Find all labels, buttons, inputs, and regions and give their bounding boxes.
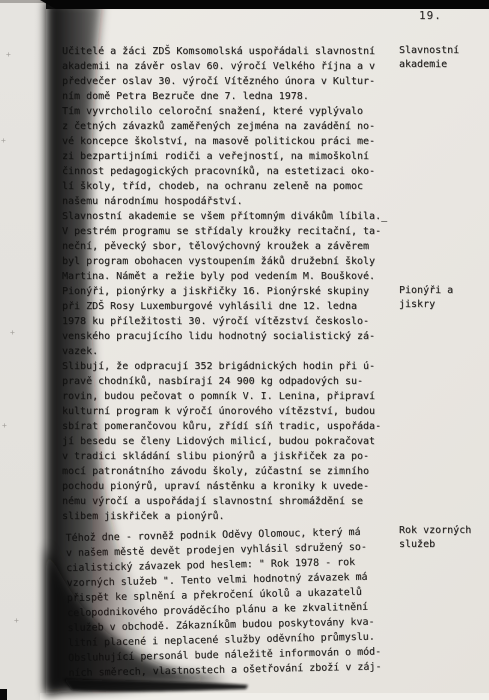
text-line: venského pracujícího lidu hodnotný socia… (62, 329, 402, 344)
text-line: Tím vyvrcholilo celoroční snažení, které… (62, 104, 402, 119)
text-line: byl program obohacen vystoupením žáků dr… (62, 254, 402, 269)
paragraph-school-efforts: Tím vyvrcholilo celoroční snažení, které… (62, 104, 402, 209)
text-line: našemu národnímu hospodářství. (62, 194, 402, 209)
scan-left-margin (0, 0, 46, 700)
scan-top-black-bar (46, 0, 489, 9)
text-line: Martina. Námět a režie byly pod vedením … (62, 269, 402, 284)
scan-speck: + (2, 421, 7, 430)
text-line: Slavnostní akademie se všem přítomným di… (62, 209, 402, 224)
text-line: vazek. (62, 344, 402, 359)
text-line: nému výročí a uspořádají slavnostní shro… (62, 494, 402, 509)
text-line: při ZDŠ Rosy Luxemburgové vyhlásili dne … (62, 299, 402, 314)
margin-note-rok-vzornych-sluzeb: Rok vzorných služeb (399, 524, 485, 552)
text-line: činnost pedagogických pracovníků, na est… (62, 164, 402, 179)
text-line: pochodu pionýrů, upraví nástěnku a kroni… (62, 479, 402, 494)
text-line: lí školy, tříd, chodeb, na ochranu zelen… (62, 179, 402, 194)
text-line: akademii na závěr oslav 60. výročí Velké… (62, 59, 402, 74)
margin-note-slavnostni-akademie: Slavnostní akademie (399, 44, 485, 72)
paragraph-pledge-details: Slibují, že odpracují 352 brigádnických … (62, 359, 402, 524)
text-line: jí besedu se členy Lidových milicí, budo… (62, 434, 402, 449)
text-line: 1978 ku příležitosti 30. výročí vítězstv… (62, 314, 402, 329)
scan-speck: . (438, 2, 443, 11)
text-line: Slibují, že odpracují 352 brigádnických … (62, 359, 402, 374)
text-line: slibem jiskřiček a pionýrů. (62, 509, 402, 524)
paragraph-academy-program: Slavnostní akademie se všem přítomným di… (62, 209, 402, 284)
text-line: ním domě Petra Bezruče dne 7. ledna 1978… (62, 89, 402, 104)
text-line: zi bezpartijními rodiči a veřejností, na… (62, 149, 402, 164)
paragraph-pioneers-pledge: Pionýři, pionýrky a jiskřičky 16. Pionýr… (62, 284, 402, 359)
scanned-chronicle-page: + + + + + . 19. Učitelé a žáci ZDŠ Komso… (0, 0, 489, 700)
text-line: kulturní program k výročí únorového vítě… (62, 404, 402, 419)
text-line: sbírat pomerančovou kůru, zřídí síň trad… (62, 419, 402, 434)
text-line: Pionýři, pionýrky a jiskřičky 16. Pionýr… (62, 284, 402, 299)
text-line: Učitelé a žáci ZDŠ Komsomolská uspořádal… (62, 44, 402, 59)
scan-speck: + (1, 136, 6, 145)
text-line: V pestrém programu se střídaly kroužky r… (62, 224, 402, 239)
text-line: rovin, budou pečovat o pomník V. I. Leni… (62, 389, 402, 404)
paragraph-odevy-olomouc: Téhož dne - rovněž podnik Oděvy Olomouc,… (65, 524, 408, 681)
text-line: předvečer oslav 30. výročí Vítězného úno… (62, 74, 402, 89)
scan-speck: + (6, 50, 11, 59)
scan-bottom-page-edge (40, 693, 489, 700)
text-line: vé koncepce školství, na masově politick… (62, 134, 402, 149)
scan-speck: + (10, 328, 15, 337)
text-line: v tradici skládání slibu pionýrů a jiskř… (62, 449, 402, 464)
text-line: neční, pěvecký sbor, tělovýchovný krouže… (62, 239, 402, 254)
margin-note-pionyri-a-jiskry: Pionýři a jiskry (399, 284, 485, 312)
text-line: pravě chodníků, nasbírají 24 900 kg odpa… (62, 374, 402, 389)
text-line: mocí patronátního závodu školy, zúčastní… (62, 464, 402, 479)
scan-speck: + (14, 616, 19, 625)
typewritten-text-block: Učitelé a žáci ZDŠ Komsomolská uspořádal… (62, 44, 402, 674)
paragraph-festive-academy: Učitelé a žáci ZDŠ Komsomolská uspořádal… (62, 44, 402, 104)
scan-edge-line (0, 0, 46, 3)
text-line: z četných závazků zaměřených zejména na … (62, 119, 402, 134)
